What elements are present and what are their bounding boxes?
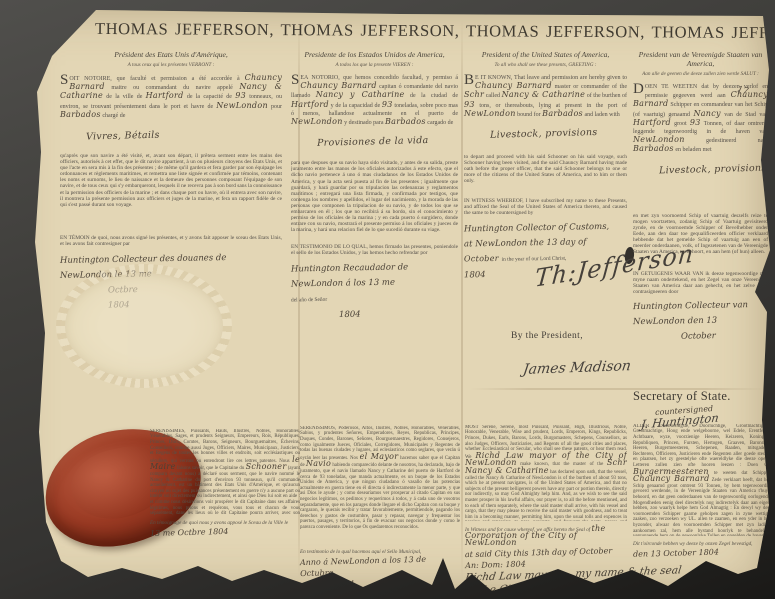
handwritten-cargo: Vivres, Bétails xyxy=(86,126,282,142)
handwritten-official: el Mayor xyxy=(360,452,399,461)
printed-text: E IT KNOWN, That leave and permission ar… xyxy=(475,75,627,81)
printed-text: (ayant comparu devant nous) a déclaré so… xyxy=(150,466,300,514)
handwritten-month: October xyxy=(681,330,768,344)
handwritten-vessel-name: Nancy y Catharine xyxy=(316,90,405,99)
bottom-english-text: MOST Serene, Serene, most Puissant, Puis… xyxy=(465,425,627,521)
embossed-paper-seal xyxy=(56,264,232,388)
handwritten-destination: Barbados xyxy=(385,117,426,126)
handwritten-date: 13 me Octbre 1804 xyxy=(150,524,300,539)
photo-background: THOMAS JEFFERSON, THOMAS JEFFERSON, THOM… xyxy=(0,0,775,599)
printed-text: OIT NOTOIRE, que faculté et permission a… xyxy=(69,76,239,82)
column-french-header: Président des Etats Unis d'Amérique, xyxy=(60,50,282,59)
handwritten-destination: Barbados xyxy=(60,110,101,119)
handwritten-tonnage: 93 xyxy=(464,100,475,109)
handwritten-tonnage: 93 xyxy=(690,118,701,127)
column-spanish-witness-clause: EN TESTIMONIO DE LO QUAL, hemos firmado … xyxy=(291,244,458,256)
bottom-dutch-text: ALDER Doorluchtigste, Doorluchtige, Groo… xyxy=(633,424,770,536)
column-spanish: Presidente de los Estados Unidos de Amer… xyxy=(291,50,458,320)
by-the-president-label: By the President, xyxy=(511,331,583,341)
column-dutch-witness-clause: IN GETUIGENIS WAAR VAN ik deeze tegenwoo… xyxy=(633,271,768,295)
printed-text: van de Stad van xyxy=(724,112,768,118)
handwritten-cargo: Livestock, provisions xyxy=(659,162,768,176)
printed-text: te weeten dat Schipper xyxy=(714,471,770,476)
printed-text: y destinado para xyxy=(344,120,383,126)
column-english: President of the United States of Americ… xyxy=(464,50,627,280)
bottom-english-closing: In Witness and for cause whereof, we aff… xyxy=(465,526,627,547)
printed-text: cargado de xyxy=(427,120,453,126)
drop-cap: S xyxy=(60,74,69,87)
printed-text: en beladen met xyxy=(675,147,711,153)
printed-text: de la capacité de xyxy=(187,94,232,100)
bottom-column-english: MOST Serene, Serene, most Puissant, Puis… xyxy=(465,420,627,595)
printed-text: pour xyxy=(271,104,282,110)
column-english-header: President of the United States of Americ… xyxy=(464,50,627,59)
handwritten-vessel-name: Nancy & Catharine xyxy=(502,90,586,99)
handwritten-master-name: Chauncy Barnard xyxy=(300,81,376,90)
column-english-grant-paragraph: B E IT KNOWN, That leave and permission … xyxy=(464,74,627,119)
handwritten-master-name: Chauncy Barnard xyxy=(633,474,710,483)
handwritten-home-city: Hartford xyxy=(633,118,671,127)
fold-crease-vertical-2 xyxy=(461,20,463,579)
handwritten-port: NewLondon xyxy=(216,101,268,110)
column-spanish-conditions: para que despues que su navio haya sido … xyxy=(291,160,458,236)
bottom-column-dutch: ALDER Doorluchtigste, Doorluchtige, Groo… xyxy=(633,419,770,558)
printed-text: tons, or thereabouts, lying at present i… xyxy=(479,103,627,109)
bottom-french-text: SERENISSIMES, Puissants, Hauts, Illustre… xyxy=(150,429,300,515)
drop-cap: D xyxy=(633,83,645,96)
printed-text: faisons savoir, que le Capitaine du xyxy=(177,466,244,471)
handwritten-place-date: Anno á NewLondon a los 13 de Octubre xyxy=(300,553,461,579)
handwritten-date: den 13 October 1804 xyxy=(633,545,770,560)
handwritten-collector: Huntington Recaudador de xyxy=(291,260,458,275)
handwritten-vessel-type: Navio xyxy=(306,459,331,468)
handwritten-collector: Huntington Collector of Customs, xyxy=(464,220,627,235)
handwritten-collector: Huntington Collecteur des douanes de xyxy=(60,251,282,267)
printed-text: SERENISSIMES, Puissants, Hauts, Illustre… xyxy=(150,429,300,464)
printed-text: de la ciudad de xyxy=(410,93,458,99)
printed-text: Zede verklaart heeft, dat het Schip gena… xyxy=(633,478,770,536)
handwritten-month: October xyxy=(464,254,499,264)
handwritten-tonnage: 93 xyxy=(382,100,393,109)
secretary-of-state-label: Secretary of State. xyxy=(633,389,731,404)
handwritten-cargo: Provisiones de la vida xyxy=(317,134,458,149)
printed-text: de la ville de xyxy=(106,94,142,100)
document-paper: THOMAS JEFFERSON, THOMAS JEFFERSON, THOM… xyxy=(0,0,775,599)
printed-text: and laden with xyxy=(584,112,619,118)
column-french-grant-paragraph: S OIT NOTOIRE, que faculté et permission… xyxy=(60,74,282,120)
column-english-conditions: to depart and proceed with his said Scho… xyxy=(464,154,627,190)
handwritten-vessel-type: Schr xyxy=(464,90,484,99)
printed-text: gedestineerd naar xyxy=(706,138,768,144)
bottom-column-french: SERENISSIMES, Puissants, Hauts, Illustre… xyxy=(150,424,300,537)
handwritten-master-name: Chauncy Barnard xyxy=(475,81,552,90)
handwritten-destination: Barbados xyxy=(542,109,583,118)
column-dutch-grant-paragraph: D OEN TE WEETEN dat by deezen verlof en … xyxy=(633,83,768,155)
column-french-salutation: A tous ceux qui les présentes VERRONT : xyxy=(60,62,282,68)
printed-text: master or commander of the xyxy=(555,84,627,90)
handwritten-home-city: Hartford xyxy=(146,91,184,100)
handwritten-vessel-type: Schooner xyxy=(246,462,287,471)
handwritten-cargo: Livestock, provisions xyxy=(490,126,627,141)
column-spanish-header: Presidente de los Estados Unidos de Amer… xyxy=(291,50,458,59)
column-dutch-header: President van de Vereenigde Staaten van … xyxy=(633,50,768,68)
printed-year-lead: del año de Señor xyxy=(291,297,327,304)
handwritten-place-date: NewLondon den 13 xyxy=(633,314,768,328)
printed-text: has declared upon oath, that the vessel,… xyxy=(465,470,627,521)
printed-text: of the burthen of xyxy=(587,93,627,99)
handwritten-port: NewLondon xyxy=(633,135,685,144)
column-english-witness-clause: IN WITNESS WHEREOF, I have subscribed my… xyxy=(464,198,627,216)
drop-cap: B xyxy=(464,74,475,87)
handwritten-year: 1804 xyxy=(334,575,460,589)
column-dutch-salutation: Aan alle de geenen die deeze zullen zien… xyxy=(633,71,768,77)
column-spanish-grant-paragraph: S EA NOTORIO, que hemos concedido facult… xyxy=(291,74,458,127)
column-spanish-salutation: A todos los que la presente VIEREN : xyxy=(291,62,458,68)
printed-text: y de la capacidad de xyxy=(331,103,381,109)
column-dutch: President van de Vereenigde Staaten van … xyxy=(633,50,768,342)
printed-text: EA NOTORIO, que hemos concedido facultad… xyxy=(300,75,458,81)
handwritten-vessel-name: Nancy xyxy=(693,109,720,118)
printed-text: habiendo comparecido delante de nosotros… xyxy=(300,463,460,530)
printed-text: bound for xyxy=(517,112,541,118)
handwritten-destination: Barbados xyxy=(633,144,674,153)
column-english-salutation: To all who shall see these presents, GRE… xyxy=(464,62,627,68)
drop-cap: S xyxy=(291,74,300,87)
handwritten-collector: Huntington Collecteur van xyxy=(633,299,768,313)
handwritten-port: NewLondon xyxy=(291,117,343,126)
printed-text: maitre ou commandant du navire appelé xyxy=(111,85,233,91)
embossed-seal-center xyxy=(65,273,223,379)
bottom-spanish-text: SERENISSIMOS, Poderosos, Altos, Ilustres… xyxy=(300,426,460,544)
handwritten-year: 1804 xyxy=(339,307,458,321)
handwritten-place-date: NewLondon á los 13 me xyxy=(291,275,458,290)
printed-text: ALDER Doorluchtigste, Doorluchtige, Groo… xyxy=(633,424,770,468)
column-french-witness-clause: EN TÉMOIN de quoi, nous avons signé les … xyxy=(60,235,282,247)
printed-text: chargé de xyxy=(102,113,125,119)
document-title: THOMAS JEFFERSON, THOMAS JEFFERSON, THOM… xyxy=(95,19,771,43)
handwritten-tonnage: 93 xyxy=(235,91,246,100)
printed-text: groot xyxy=(674,121,687,127)
handwritten-home-city: Hartford xyxy=(291,100,329,109)
handwritten-port: NewLondon xyxy=(464,109,516,118)
handwritten-place-date: at NewLondon the 13 day of xyxy=(464,235,627,250)
column-french-conditions: qu'après que son navire a été visité, et… xyxy=(60,153,282,227)
madison-signature: James Madison xyxy=(522,358,632,378)
bottom-column-spanish: SERENISSIMOS, Poderosos, Altos, Ilustres… xyxy=(300,421,460,588)
printed-text: called xyxy=(486,93,500,99)
